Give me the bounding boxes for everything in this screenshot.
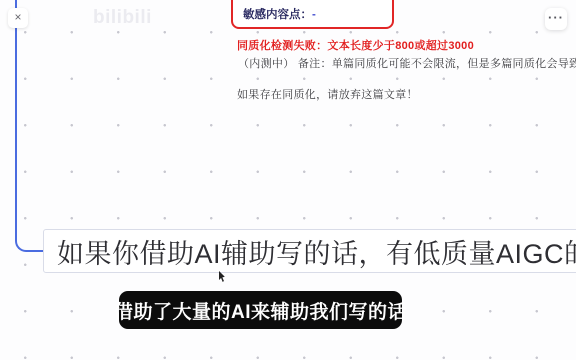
mindmap-node[interactable]: 如果你借助AI辅助写的话，有低质量AIGC的问题 bbox=[43, 229, 576, 273]
sensitive-content-label: 敏感内容点： bbox=[243, 9, 312, 21]
sensitive-content-value: - bbox=[312, 9, 316, 21]
mindmap-connector-line bbox=[15, 0, 44, 252]
whiteboard-canvas[interactable]: bilibili × ··· 敏感内容点：- 同质化检测失败：文本长度少于800… bbox=[0, 0, 576, 360]
video-subtitle-text: 借助了大量的AI来辅助我们写的话 bbox=[114, 297, 407, 324]
more-options-button[interactable]: ··· bbox=[545, 8, 567, 30]
close-icon: × bbox=[14, 10, 21, 24]
mindmap-node-text: 如果你借助AI辅助写的话，有低质量AIGC的问题 bbox=[57, 232, 576, 271]
close-button[interactable]: × bbox=[8, 8, 28, 28]
homogenization-fail-text: 同质化检测失败：文本长度少于800或超过3000 bbox=[237, 37, 474, 53]
ellipsis-icon: ··· bbox=[548, 10, 564, 25]
video-subtitle-bar: 借助了大量的AI来辅助我们写的话 bbox=[119, 291, 402, 329]
bilibili-watermark: bilibili bbox=[93, 7, 152, 29]
sensitive-content-card[interactable]: 敏感内容点：- bbox=[231, 0, 394, 29]
beta-note-text: （内测中） 备注：单篇同质化可能不会限流，但是多篇同质化会导致整 bbox=[238, 55, 576, 71]
advice-text: 如果存在同质化，请放弃这篇文章！ bbox=[237, 86, 418, 102]
